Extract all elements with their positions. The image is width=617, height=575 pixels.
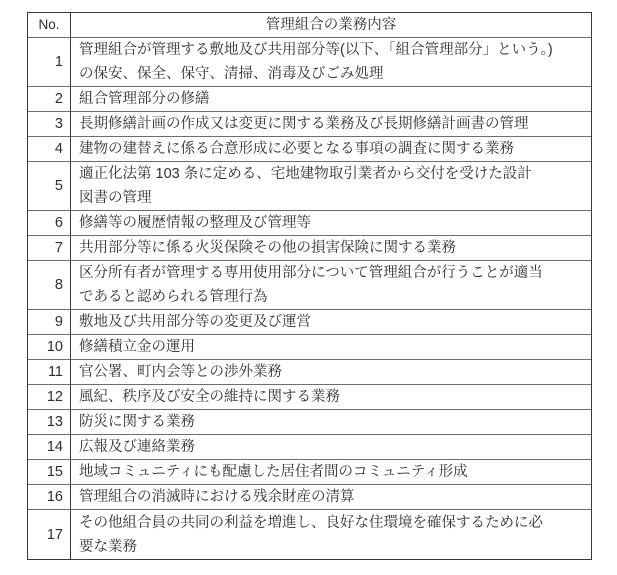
row-content: 修繕等の履歴情報の整理及び管理等: [71, 211, 591, 236]
row-number: 6: [28, 211, 71, 236]
row-number: 8: [28, 261, 71, 310]
content-column-header: 管理組合の業務内容: [71, 13, 591, 38]
table-row: 7共用部分等に係る火災保険その他の損害保険に関する業務: [28, 236, 591, 261]
row-content: 建物の建替えに係る合意形成に必要となる事項の調査に関する業務: [71, 137, 591, 162]
table-row: 5適正化法第 103 条に定める、宅地建物取引業者から交付を受けた設計図書の管理: [28, 162, 591, 211]
row-content-line: 敷地及び共用部分等の変更及び運営: [79, 310, 587, 334]
row-content-line: 図書の管理: [79, 186, 587, 210]
row-number: 13: [28, 410, 71, 435]
row-content-line: 組合管理部分の修繕: [79, 87, 587, 111]
table-row: 13防災に関する業務: [28, 410, 591, 435]
row-content-line: その他組合員の共同の利益を増進し、良好な住環境を確保するために必: [79, 511, 587, 535]
row-number: 17: [28, 510, 71, 559]
row-content-line: 風紀、秩序及び安全の維持に関する業務: [79, 385, 587, 409]
row-number: 14: [28, 435, 71, 460]
table-body: 1管理組合が管理する敷地及び共用部分等(以下、「組合管理部分」という。)の保安、…: [28, 38, 591, 559]
row-content: 防災に関する業務: [71, 410, 591, 435]
no-column-header: No.: [28, 13, 71, 38]
page: No. 管理組合の業務内容 1管理組合が管理する敷地及び共用部分等(以下、「組合…: [0, 0, 617, 575]
row-number: 4: [28, 137, 71, 162]
row-content: 敷地及び共用部分等の変更及び運営: [71, 310, 591, 335]
row-content-line: 適正化法第 103 条に定める、宅地建物取引業者から交付を受けた設計: [79, 162, 587, 186]
row-content-line: 長期修繕計画の作成又は変更に関する業務及び長期修繕計画書の管理: [79, 112, 587, 136]
row-content-line: 防災に関する業務: [79, 410, 587, 434]
row-content-line: 広報及び連絡業務: [79, 435, 587, 459]
row-content-line: の保安、保全、保守、清掃、消毒及びごみ処理: [79, 62, 587, 86]
table-row: 17その他組合員の共同の利益を増進し、良好な住環境を確保するために必要な業務: [28, 510, 591, 559]
row-content-line: 要な業務: [79, 535, 587, 559]
row-number: 16: [28, 485, 71, 510]
table-row: 11官公署、町内会等との渉外業務: [28, 360, 591, 385]
row-number: 7: [28, 236, 71, 261]
row-content-line: 地域コミュニティにも配慮した居住者間のコミュニティ形成: [79, 460, 587, 484]
row-content-line: 建物の建替えに係る合意形成に必要となる事項の調査に関する業務: [79, 137, 587, 161]
row-content: 共用部分等に係る火災保険その他の損害保険に関する業務: [71, 236, 591, 261]
row-number: 9: [28, 310, 71, 335]
table-row: 9敷地及び共用部分等の変更及び運営: [28, 310, 591, 335]
row-content: 適正化法第 103 条に定める、宅地建物取引業者から交付を受けた設計図書の管理: [71, 162, 591, 211]
row-content: 修繕積立金の運用: [71, 335, 591, 360]
row-number: 2: [28, 87, 71, 112]
table-row: 3長期修繕計画の作成又は変更に関する業務及び長期修繕計画書の管理: [28, 112, 591, 137]
table-row: 15地域コミュニティにも配慮した居住者間のコミュニティ形成: [28, 460, 591, 485]
table-row: 8区分所有者が管理する専用使用部分について管理組合が行うことが適当であると認めら…: [28, 261, 591, 310]
row-content-line: 官公署、町内会等との渉外業務: [79, 360, 587, 384]
row-content-line: 区分所有者が管理する専用使用部分について管理組合が行うことが適当: [79, 261, 587, 285]
table-row: 2組合管理部分の修繕: [28, 87, 591, 112]
row-number: 15: [28, 460, 71, 485]
row-content-line: 共用部分等に係る火災保険その他の損害保険に関する業務: [79, 236, 587, 260]
row-content: 広報及び連絡業務: [71, 435, 591, 460]
management-association-duties-table: No. 管理組合の業務内容 1管理組合が管理する敷地及び共用部分等(以下、「組合…: [27, 12, 592, 560]
table-row: 6修繕等の履歴情報の整理及び管理等: [28, 211, 591, 236]
row-content: 区分所有者が管理する専用使用部分について管理組合が行うことが適当であると認められ…: [71, 261, 591, 310]
row-content-line: 修繕等の履歴情報の整理及び管理等: [79, 211, 587, 235]
row-number: 11: [28, 360, 71, 385]
row-content-line: 管理組合が管理する敷地及び共用部分等(以下、「組合管理部分」という。): [79, 38, 587, 62]
table-row: 12風紀、秩序及び安全の維持に関する業務: [28, 385, 591, 410]
row-content: 管理組合の消滅時における残余財産の清算: [71, 485, 591, 510]
row-content: 官公署、町内会等との渉外業務: [71, 360, 591, 385]
table-row: 4建物の建替えに係る合意形成に必要となる事項の調査に関する業務: [28, 137, 591, 162]
row-number: 1: [28, 38, 71, 87]
row-content: 風紀、秩序及び安全の維持に関する業務: [71, 385, 591, 410]
row-content: 組合管理部分の修繕: [71, 87, 591, 112]
row-content-line: 管理組合の消滅時における残余財産の清算: [79, 485, 587, 509]
table-row: 16管理組合の消滅時における残余財産の清算: [28, 485, 591, 510]
row-number: 12: [28, 385, 71, 410]
table-row: 14広報及び連絡業務: [28, 435, 591, 460]
row-number: 5: [28, 162, 71, 211]
header-row: No. 管理組合の業務内容: [28, 13, 591, 38]
table-row: 1管理組合が管理する敷地及び共用部分等(以下、「組合管理部分」という。)の保安、…: [28, 38, 591, 87]
row-number: 3: [28, 112, 71, 137]
row-content-line: であると認められる管理行為: [79, 285, 587, 309]
row-number: 10: [28, 335, 71, 360]
row-content-line: 修繕積立金の運用: [79, 335, 587, 359]
row-content: 地域コミュニティにも配慮した居住者間のコミュニティ形成: [71, 460, 591, 485]
row-content: 長期修繕計画の作成又は変更に関する業務及び長期修繕計画書の管理: [71, 112, 591, 137]
row-content: その他組合員の共同の利益を増進し、良好な住環境を確保するために必要な業務: [71, 510, 591, 559]
row-content: 管理組合が管理する敷地及び共用部分等(以下、「組合管理部分」という。)の保安、保…: [71, 38, 591, 87]
table-row: 10修繕積立金の運用: [28, 335, 591, 360]
